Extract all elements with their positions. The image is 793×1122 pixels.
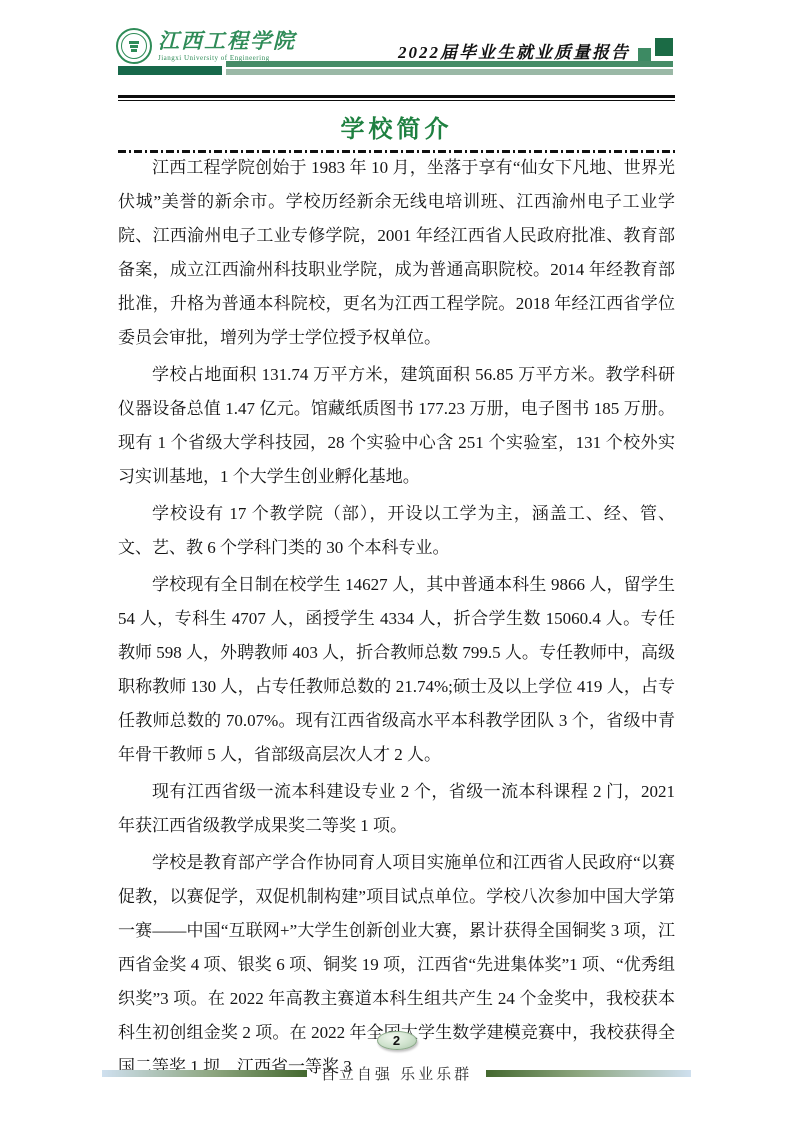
seal-emblem-icon bbox=[121, 33, 147, 59]
university-name-cn: 江西工程学院 bbox=[158, 31, 296, 52]
paragraph-history: 江西工程学院创始于 1983 年 10 月，坐落于享有“仙女下凡地、世界光伏城”… bbox=[118, 151, 675, 355]
decor-square-medium bbox=[638, 48, 651, 61]
footer-bar-left bbox=[102, 1070, 307, 1077]
title-rule-thin bbox=[118, 100, 675, 101]
header-bar-dark bbox=[118, 66, 222, 75]
header-bar-medium bbox=[226, 61, 673, 67]
footer-motto: 自立自强 乐业乐群 bbox=[321, 1063, 472, 1084]
university-logo: 江西工程学院 Jiangxi University of Engineering bbox=[116, 28, 296, 64]
page-number-badge: 2 bbox=[377, 1031, 417, 1050]
decor-square-dark bbox=[655, 38, 673, 56]
logo-text: 江西工程学院 Jiangxi University of Engineering bbox=[158, 31, 296, 62]
page-number: 2 bbox=[393, 1033, 400, 1048]
paragraph-first-class-programs: 现有江西省级一流本科建设专业 2 个，省级一流本科课程 2 门，2021 年获江… bbox=[118, 775, 675, 843]
section-title: 学校简介 bbox=[118, 109, 675, 144]
paragraph-campus-facilities: 学校占地面积 131.74 万平方米，建筑面积 56.85 万平方米。教学科研仪… bbox=[118, 358, 675, 494]
body-content: 江西工程学院创始于 1983 年 10 月，坐落于享有“仙女下凡地、世界光伏城”… bbox=[118, 151, 675, 1087]
section-title-block: 学校简介 bbox=[118, 95, 675, 153]
paragraph-students-faculty: 学校现有全日制在校学生 14627 人，其中普通本科生 9866 人，留学生 5… bbox=[118, 568, 675, 772]
footer-bar-right bbox=[486, 1070, 691, 1077]
page-header: 江西工程学院 Jiangxi University of Engineering… bbox=[0, 0, 793, 95]
header-bar-light bbox=[226, 69, 673, 75]
report-title: 2022届毕业生就业质量报告 bbox=[398, 38, 630, 63]
report-page: 江西工程学院 Jiangxi University of Engineering… bbox=[0, 0, 793, 1122]
university-seal-icon bbox=[116, 28, 152, 64]
title-rule-thick bbox=[118, 95, 675, 98]
paragraph-schools-majors: 学校设有 17 个教学院（部），开设以工学为主，涵盖工、经、管、文、艺、教 6 … bbox=[118, 497, 675, 565]
footer-motto-row: 自立自强 乐业乐群 bbox=[0, 1063, 793, 1084]
